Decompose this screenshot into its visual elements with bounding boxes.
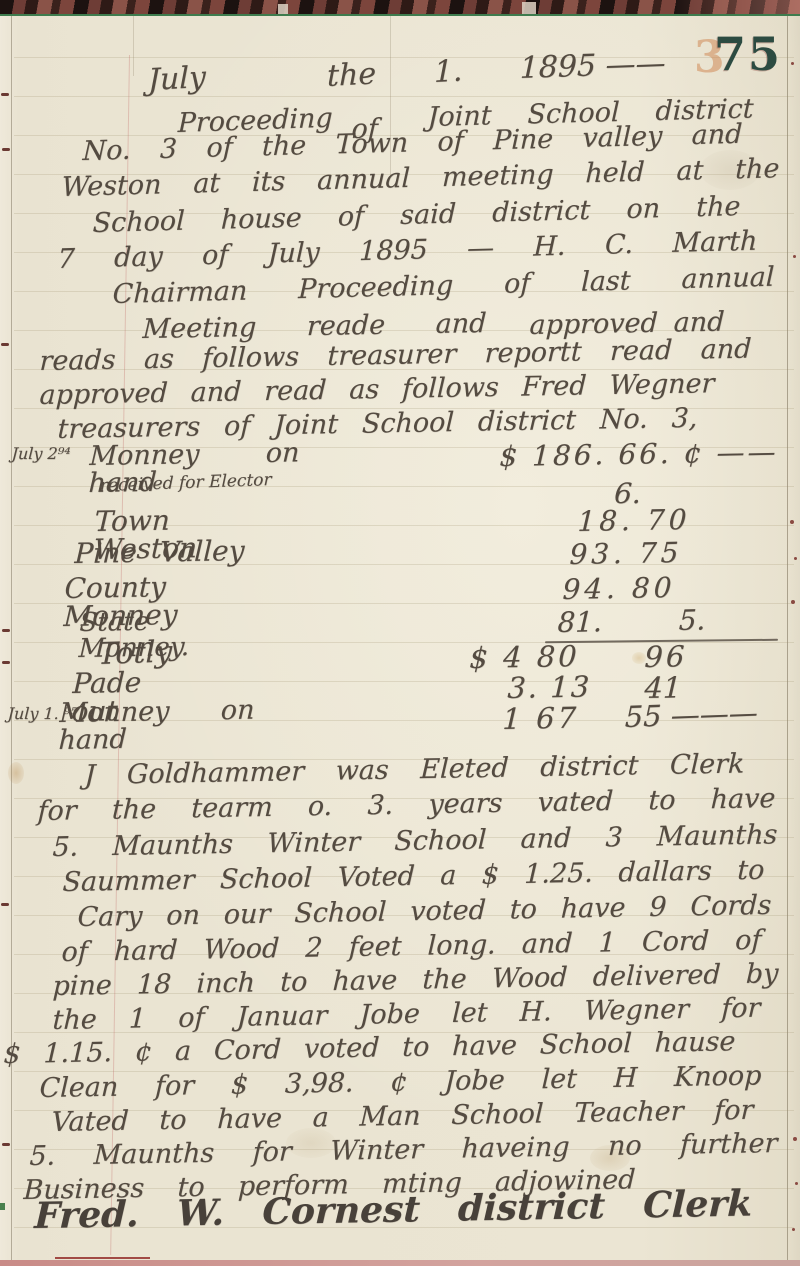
stitch-mark — [1, 93, 9, 96]
handwritten-line: J Goldhammer was Eleted district Clerk — [84, 750, 745, 789]
edge-speck — [791, 600, 795, 604]
binding-gap — [278, 4, 288, 14]
page-number: 75 — [714, 27, 782, 81]
stitch-mark — [2, 1143, 10, 1146]
handwritten-line: 1 67 — [502, 704, 580, 734]
handwritten-line: 1. — [434, 57, 463, 89]
stitch-mark — [2, 661, 10, 664]
stitch-mark — [2, 629, 10, 632]
bottom-page-edge — [0, 1260, 800, 1266]
handwritten-line: approved and read as follows Fred Wegner — [39, 370, 715, 409]
age-stain — [8, 762, 24, 784]
handwritten-line: 93. 75 — [569, 539, 683, 569]
stitch-mark — [1, 903, 9, 906]
handwritten-line: 96 — [644, 642, 688, 672]
handwritten-line: 5. Maunths Winter School and 3 Maunths — [52, 821, 778, 861]
handwritten-line: 1895 —— — [519, 49, 665, 84]
handwritten-line: the — [327, 59, 376, 92]
handwritten-line: $ 186. 66. ¢ —— — [499, 438, 779, 471]
green-edge-speck — [0, 1203, 5, 1210]
handwritten-line: Saummer School Voted a $ 1.25. dallars t… — [62, 857, 765, 896]
binding-marbled-edge — [0, 0, 800, 14]
ledger-page-scan: 3 75 Julythe1.1895 ——ProceedingofJoint S… — [0, 0, 800, 1266]
next-page-red-edge — [55, 1257, 150, 1259]
edge-speck — [794, 557, 797, 560]
handwritten-line: Cary on our School voted to have 9 Cords — [77, 892, 772, 931]
handwritten-line: July — [148, 63, 206, 96]
handwritten-line: for the tearm o. 3. years vated to have — [37, 785, 776, 825]
handwritten-line: 94. 80 — [562, 574, 676, 604]
handwritten-line: Meeting reade and — [142, 310, 487, 343]
handwritten-line: Monney on hand — [58, 697, 255, 754]
edge-speck — [793, 255, 796, 258]
stitch-mark — [2, 148, 10, 151]
handwritten-line: 81. 5. — [557, 606, 706, 637]
handwritten-line: July 2⁹⁴ — [11, 446, 71, 462]
handwritten-line: 3. 13 — [507, 673, 592, 703]
binding-gap — [522, 2, 536, 14]
gutter-crease — [11, 16, 12, 1260]
paper-crease — [133, 16, 134, 76]
handwritten-line: Pine Valley — [74, 537, 245, 568]
edge-speck — [795, 1182, 798, 1185]
handwritten-line: 55 ——— — [624, 698, 758, 732]
edge-speck — [790, 520, 794, 524]
edge-speck — [793, 1137, 797, 1141]
binding-green-edge-line — [0, 14, 800, 16]
handwritten-line: $ 4 80 — [469, 642, 580, 673]
handwritten-line: 18. 70 — [577, 506, 691, 536]
stitch-mark — [1, 343, 9, 346]
page-right-edge — [787, 16, 788, 1266]
edge-speck — [791, 62, 794, 65]
edge-speck — [792, 1228, 795, 1231]
ruled-line — [14, 57, 794, 58]
